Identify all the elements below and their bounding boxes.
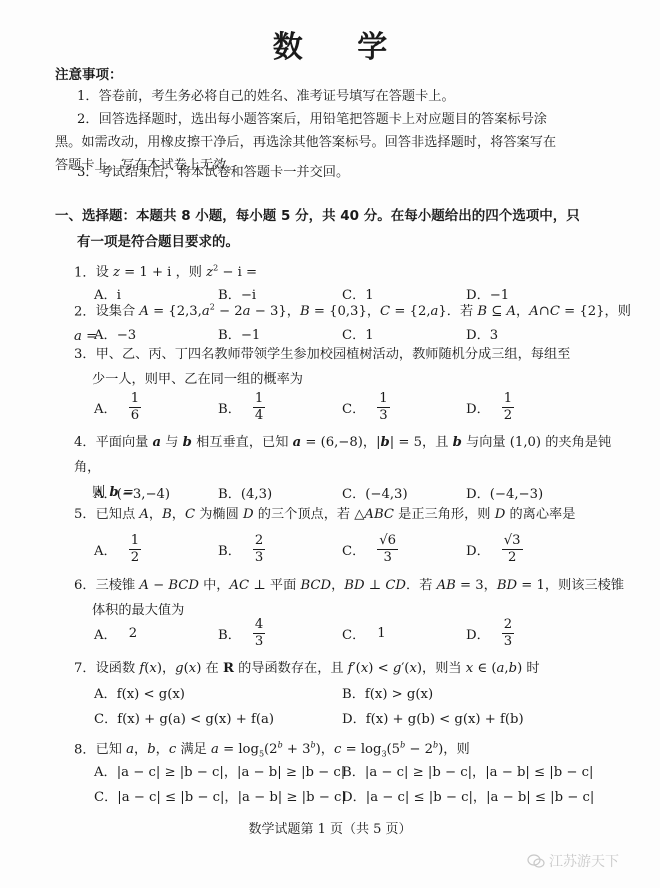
notice-item-2: 2．回答选择题时，选出每小题答案后，用铅笔把答题卡上对应题目的答案标号涂 [55, 108, 575, 131]
fraction: 12 [129, 534, 141, 565]
option-b[interactable]: B．23 [218, 534, 265, 564]
question-stem: 平面向量 a 与 b 相互垂直，已知 a = (6,−8)，|b| = 5，且 … [74, 435, 611, 475]
fraction: √63 [377, 534, 398, 565]
notice-item-1: 1．答卷前，考生务必将自己的姓名、准考证号填写在答题卡上。 [55, 85, 575, 108]
question-stem: 已知点 A，B，C 为椭圆 D 的三个顶点，若 △ABC 是正三角形，则 D 的… [96, 507, 576, 522]
notice-item-2-cont: 黑。如需改动，用橡皮擦干净后，再选涂其他答案标号。回答非选择题时，将答案写在 [55, 131, 575, 154]
exam-page: 数 学 注意事项： 1．答卷前，考生务必将自己的姓名、准考证号填写在答题卡上。 … [0, 0, 660, 888]
option-c[interactable]: C．f(x) + g(a) < g(x) + f(a) [94, 702, 274, 732]
fraction: 13 [377, 392, 389, 423]
question-3-options: A．16 B．14 C．13 D．12 [94, 392, 594, 422]
option-d[interactable]: D．√32 [466, 534, 523, 564]
fraction: 12 [502, 392, 514, 423]
notice-item-3: 3．考试结束后，将本试卷和答题卡一并交回。 [55, 161, 575, 184]
option-b[interactable]: B．43 [218, 618, 265, 648]
notice-heading: 注意事项： [55, 63, 123, 83]
fraction: 43 [253, 618, 265, 649]
option-d[interactable]: D．f(x) + g(b) < g(x) + f(b) [342, 702, 524, 732]
watermark: 江苏游天下 [527, 851, 619, 871]
option-d[interactable]: D．23 [466, 618, 514, 648]
question-stem: 三棱锥 A − BCD 中，AC ⊥ 平面 BCD，BD ⊥ CD．若 AB =… [96, 578, 624, 593]
option-c[interactable]: C．√63 [342, 534, 398, 564]
question-stem: 设函数 f(x)，g(x) 在 R 的导函数存在，且 f′(x) < g′(x)… [96, 661, 540, 676]
question-6: 6．三棱锥 A − BCD 中，AC ⊥ 平面 BCD，BD ⊥ CD．若 AB… [74, 573, 634, 623]
question-5-options: A．12 B．23 C．√63 D．√32 [94, 534, 594, 564]
option-c[interactable]: C．1 [342, 618, 386, 648]
option-d[interactable]: D．|a − c| ≤ |b − c|，|a − b| ≤ |b − c| [342, 780, 594, 810]
option-a[interactable]: A．16 [94, 392, 141, 422]
page-title: 数 学 [0, 22, 660, 66]
fraction: 16 [129, 392, 141, 423]
option-a[interactable]: A．12 [94, 534, 141, 564]
question-3: 3．甲、乙、丙、丁四名教师带领学生参加校园植树活动，教师随机分成三组，每组至 少… [74, 342, 589, 392]
fraction: 23 [253, 534, 265, 565]
option-b[interactable]: B．14 [218, 392, 265, 422]
option-c[interactable]: C．|a − c| ≤ |b − c|，|a − b| ≥ |b − c| [94, 780, 346, 810]
option-d[interactable]: D．12 [466, 392, 514, 422]
option-c[interactable]: C．13 [342, 392, 390, 422]
question-5: 5．已知点 A，B，C 为椭圆 D 的三个顶点，若 △ABC 是正三角形，则 D… [74, 502, 634, 527]
option-a[interactable]: A．2 [94, 618, 137, 648]
page-footer: 数学试题第 1 页（共 5 页） [0, 818, 660, 837]
question-7-options-row2: C．f(x) + g(a) < g(x) + f(a) D．f(x) + g(b… [94, 702, 594, 732]
fraction: 14 [253, 392, 265, 423]
watermark-text: 江苏游天下 [549, 851, 619, 871]
wechat-icon [527, 853, 545, 869]
question-6-options: A．2 B．43 C．1 D．23 [94, 618, 594, 648]
section-heading: 一、选择题：本题共 8 小题，每小题 5 分，共 40 分。在每小题给出的四个选… [55, 203, 585, 255]
fraction: 23 [502, 618, 514, 649]
question-8-options-row2: C．|a − c| ≤ |b − c|，|a − b| ≥ |b − c| D．… [94, 780, 594, 810]
fraction: √32 [502, 534, 523, 565]
